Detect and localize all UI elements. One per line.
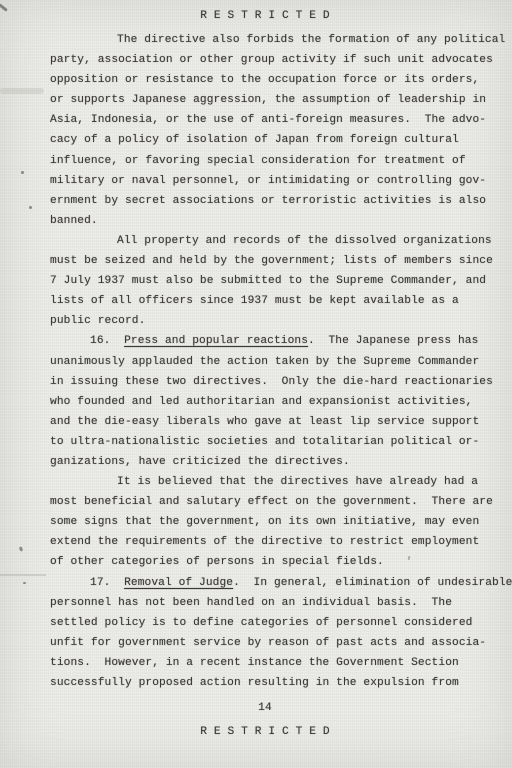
text-segment: 16. bbox=[90, 335, 124, 347]
scan-speck bbox=[23, 582, 26, 584]
text-segment: who founded and led authoritarian and ex… bbox=[50, 396, 472, 408]
text-segment: 17. bbox=[90, 577, 124, 589]
text-segment: banned. bbox=[50, 215, 98, 227]
text-segment: some signs that the government, on its o… bbox=[50, 516, 479, 528]
text-line: lists of all officers since 1937 must be… bbox=[50, 291, 495, 311]
text-line: banned. bbox=[50, 211, 495, 231]
scan-smudge bbox=[0, 88, 44, 94]
text-segment: in issuing these two directives. Only th… bbox=[50, 376, 493, 388]
text-line: in issuing these two directives. Only th… bbox=[50, 372, 495, 392]
text-segment: party, association or other group activi… bbox=[50, 54, 493, 66]
text-segment: It is believed that the directives have … bbox=[117, 476, 478, 488]
text-line: 16. Press and popular reactions. The Jap… bbox=[50, 331, 495, 351]
underlined-section-heading: Removal of Judge bbox=[124, 577, 233, 589]
text-line: and the die-easy liberals who gave at le… bbox=[50, 412, 495, 432]
text-segment: must be seized and held by the governmen… bbox=[50, 255, 493, 267]
text-line: or supports Japanese aggression, the ass… bbox=[50, 90, 495, 110]
text-line: ernment by secret associations or terror… bbox=[50, 191, 495, 211]
text-segment: ernment by secret associations or terror… bbox=[50, 195, 486, 207]
text-line: extend the requirements of the directive… bbox=[50, 532, 495, 552]
text-segment: The directive also forbids the formation… bbox=[117, 34, 505, 46]
text-segment: . The Japanese press has bbox=[308, 335, 478, 347]
text-line: tions. However, in a recent instance the… bbox=[50, 653, 495, 673]
scan-crease bbox=[0, 574, 46, 576]
text-segment: most beneficial and salutary effect on t… bbox=[50, 496, 493, 508]
text-segment: military or naval personnel, or intimida… bbox=[50, 175, 486, 187]
scan-speck bbox=[18, 546, 23, 551]
text-line: unfit for government service by reason o… bbox=[50, 633, 495, 653]
text-line: settled policy is to define categories o… bbox=[50, 613, 495, 633]
text-segment: cacy of a policy of isolation of Japan f… bbox=[50, 134, 459, 146]
text-line: cacy of a policy of isolation of Japan f… bbox=[50, 130, 495, 150]
text-segment: of other categories of persons in specia… bbox=[50, 556, 384, 568]
text-line: influence, or favoring special considera… bbox=[50, 151, 495, 171]
text-segment: All property and records of the dissolve… bbox=[117, 235, 492, 247]
text-segment: influence, or favoring special considera… bbox=[50, 155, 466, 167]
text-line: who founded and led authoritarian and ex… bbox=[50, 392, 495, 412]
text-segment: and the die-easy liberals who gave at le… bbox=[50, 416, 479, 428]
text-line: successfully proposed action resulting i… bbox=[50, 673, 495, 693]
text-line: opposition or resistance to the occupati… bbox=[50, 70, 495, 90]
text-line: ganizations, have criticized the directi… bbox=[50, 452, 495, 472]
text-segment: tions. However, in a recent instance the… bbox=[50, 657, 459, 669]
text-segment: public record. bbox=[50, 315, 145, 327]
text-segment: unanimously applauded the action taken b… bbox=[50, 356, 479, 368]
text-segment: or supports Japanese aggression, the ass… bbox=[50, 94, 486, 106]
text-line: party, association or other group activi… bbox=[50, 50, 495, 70]
text-line: personnel has not been handled on an ind… bbox=[50, 593, 495, 613]
text-line: It is believed that the directives have … bbox=[50, 472, 495, 492]
text-line: 17. Removal of Judge. In general, elimin… bbox=[50, 573, 495, 593]
text-line: most beneficial and salutary effect on t… bbox=[50, 492, 495, 512]
text-line: 7 July 1937 must also be submitted to th… bbox=[50, 271, 495, 291]
page-number: 14 bbox=[50, 702, 480, 714]
text-segment: unfit for government service by reason o… bbox=[50, 637, 486, 649]
text-line: public record. bbox=[50, 311, 495, 331]
text-segment: ganizations, have criticized the directi… bbox=[50, 456, 350, 468]
text-line: The directive also forbids the formation… bbox=[50, 30, 495, 50]
text-line: All property and records of the dissolve… bbox=[50, 231, 495, 251]
text-line: to ultra-nationalistic societies and tot… bbox=[50, 432, 495, 452]
scanned-document-page: R E S T R I C T E D The directive also f… bbox=[0, 0, 512, 768]
text-segment: opposition or resistance to the occupati… bbox=[50, 74, 479, 86]
text-segment: to ultra-nationalistic societies and tot… bbox=[50, 436, 479, 448]
text-line: unanimously applauded the action taken b… bbox=[50, 352, 495, 372]
classification-footer: R E S T R I C T E D bbox=[50, 726, 480, 738]
text-segment: 7 July 1937 must also be submitted to th… bbox=[50, 275, 486, 287]
document-body-text: The directive also forbids the formation… bbox=[50, 30, 495, 693]
text-segment: . In general, elimination of undesirable bbox=[233, 577, 512, 589]
text-segment: successfully proposed action resulting i… bbox=[50, 677, 459, 689]
scan-speck bbox=[29, 206, 32, 209]
text-line: military or naval personnel, or intimida… bbox=[50, 171, 495, 191]
classification-header: R E S T R I C T E D bbox=[50, 10, 480, 22]
text-line: must be seized and held by the governmen… bbox=[50, 251, 495, 271]
text-line: Asia, Indonesia, or the use of anti-fore… bbox=[50, 110, 495, 130]
text-segment: settled policy is to define categories o… bbox=[50, 617, 472, 629]
text-segment: extend the requirements of the directive… bbox=[50, 536, 479, 548]
text-line: some signs that the government, on its o… bbox=[50, 512, 495, 532]
scan-speck bbox=[21, 171, 24, 174]
text-segment: Asia, Indonesia, or the use of anti-fore… bbox=[50, 114, 486, 126]
underlined-section-heading: Press and popular reactions bbox=[124, 335, 308, 347]
text-segment: personnel has not been handled on an ind… bbox=[50, 597, 452, 609]
text-segment: lists of all officers since 1937 must be… bbox=[50, 295, 459, 307]
scan-corner-mark bbox=[0, 3, 8, 12]
text-line: of other categories of persons in specia… bbox=[50, 552, 495, 572]
